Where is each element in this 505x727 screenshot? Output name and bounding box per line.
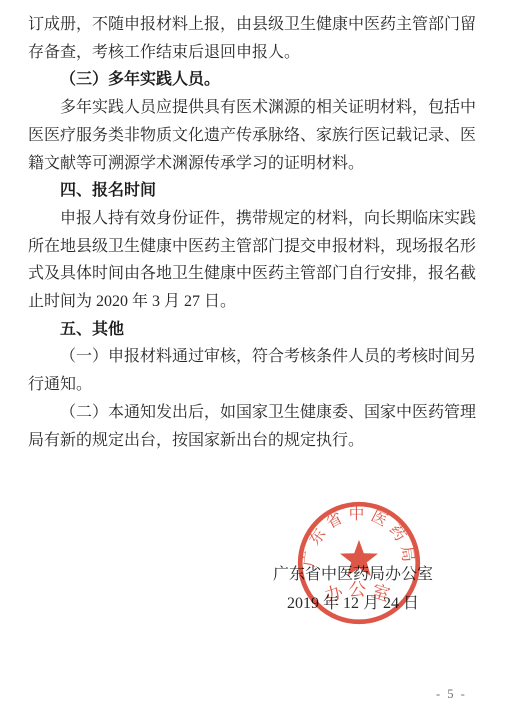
paragraph-practitioners: 多年实践人员应提供具有医术渊源的相关证明材料，包括中医医疗服务类非物质文化遗产传… xyxy=(28,94,476,177)
paragraph-continuation: 订成册，不随申报材料上报，由县级卫生健康中医药主管部门留存备查，考核工作结束后退… xyxy=(28,11,476,66)
document-body: 订成册，不随申报材料上报，由县级卫生健康中医药主管部门留存备查，考核工作结束后退… xyxy=(28,11,476,454)
paragraph-note-one: （一）申报材料通过审核，符合考核条件人员的考核时间另行通知。 xyxy=(28,343,476,398)
official-seal: 广东省中医药局 办公室 xyxy=(296,500,422,626)
seal-star-icon xyxy=(340,540,378,576)
page-number: - 5 - xyxy=(436,687,467,702)
paragraph-registration: 申报人持有效身份证件，携带规定的材料，向长期临床实践所在地县级卫生健康中医药主管… xyxy=(28,205,476,316)
heading-section-five: 五、其他 xyxy=(28,316,476,344)
paragraph-note-two: （二）本通知发出后，如国家卫生健康委、国家中医药管理局有新的规定出台，按国家新出… xyxy=(28,399,476,454)
heading-section-four: 四、报名时间 xyxy=(28,177,476,205)
seal-bottom-text: 办公室 xyxy=(322,580,396,607)
document-page: 订成册，不随申报材料上报，由县级卫生健康中医药主管部门留存备查，考核工作结束后退… xyxy=(0,0,505,727)
heading-item-three: （三）多年实践人员。 xyxy=(28,66,476,94)
